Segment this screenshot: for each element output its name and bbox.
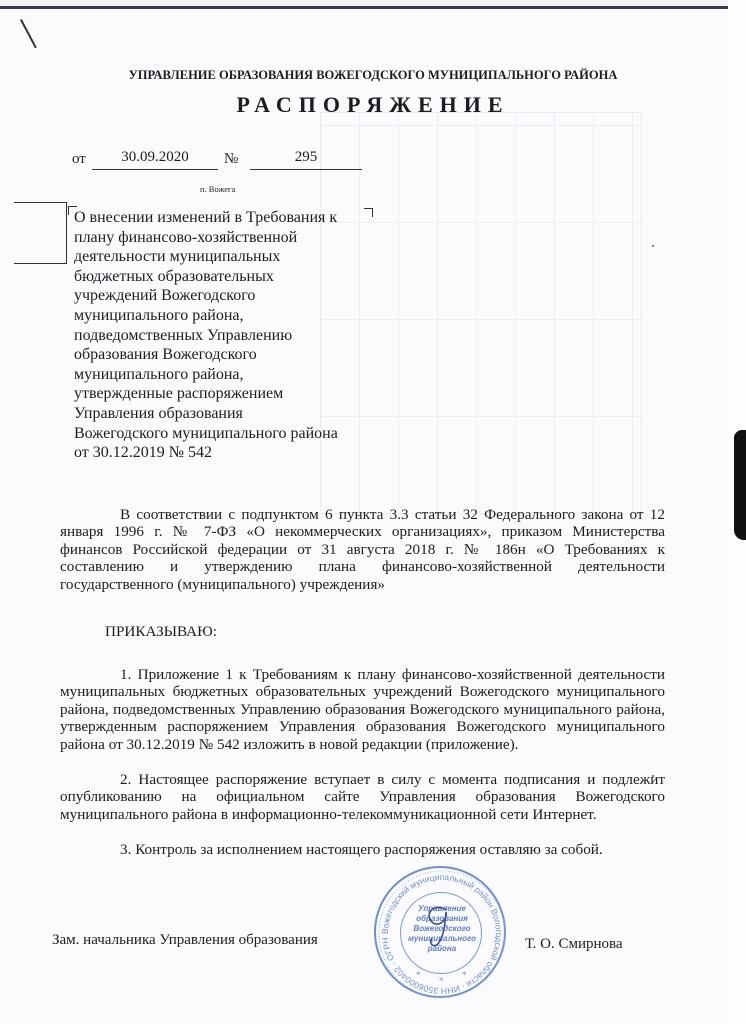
date-text: 30.09.2020: [121, 149, 189, 165]
scan-artifact: [734, 430, 746, 540]
subject-line: Вожегодского муниципального района: [74, 424, 374, 444]
number-value: 295: [250, 149, 362, 170]
scan-speck: [652, 775, 654, 777]
subject-line: учреждений Вожегодского: [74, 286, 374, 306]
svg-text:*: *: [439, 976, 444, 986]
subject-line: муниципального района,: [74, 365, 374, 385]
signatory-role: Зам. начальника Управления образования: [52, 932, 318, 949]
order-item-2: 2. Настоящее распоряжение вступает в сил…: [60, 771, 665, 823]
subject-line: О внесении изменений в Требования к: [74, 208, 374, 228]
number-label: №: [224, 151, 238, 168]
subject-line: деятельности муниципальных: [74, 247, 374, 267]
order-item-3: 3. Контроль за исполнением настоящего ра…: [60, 841, 665, 858]
svg-text:*: *: [416, 970, 421, 980]
order-item-1: 1. Приложение 1 к Требованиям к плану фи…: [60, 666, 665, 753]
svg-text:*: *: [462, 970, 467, 980]
subject-line: бюджетных образовательных: [74, 267, 374, 287]
date-label: от: [72, 151, 86, 168]
date-value: 30.09.2020: [92, 149, 218, 170]
subject-block: О внесении изменений в Требования к план…: [74, 208, 374, 463]
subject-line: муниципального района,: [74, 306, 374, 326]
subject-line: подведомственных Управлению: [74, 326, 374, 346]
document-type-title: РАСПОРЯЖЕНИЕ: [0, 92, 746, 118]
place-label: п. Вожега: [200, 184, 235, 194]
subject-line: утвержденные распоряжением: [74, 384, 374, 404]
organization-header: УПРАВЛЕНИЕ ОБРАЗОВАНИЯ ВОЖЕГОДСКОГО МУНИ…: [0, 68, 746, 83]
number-text: 295: [295, 149, 318, 165]
preamble-paragraph: В соответствии с подпунктом 6 пункта 3.3…: [60, 506, 665, 593]
subject-line: плану финансово-хозяйственной: [74, 228, 374, 248]
subject-line: Управления образования: [74, 404, 374, 424]
order-heading: ПРИКАЗЫВАЮ:: [105, 623, 217, 641]
handwritten-signature: [412, 892, 472, 952]
signatory-name: Т. О. Смирнова: [525, 936, 623, 953]
registration-box: [14, 202, 67, 264]
scan-speck: [652, 245, 654, 247]
subject-line: образования Вожегодского: [74, 345, 374, 365]
subject-line: от 30.12.2019 № 542: [74, 443, 374, 463]
